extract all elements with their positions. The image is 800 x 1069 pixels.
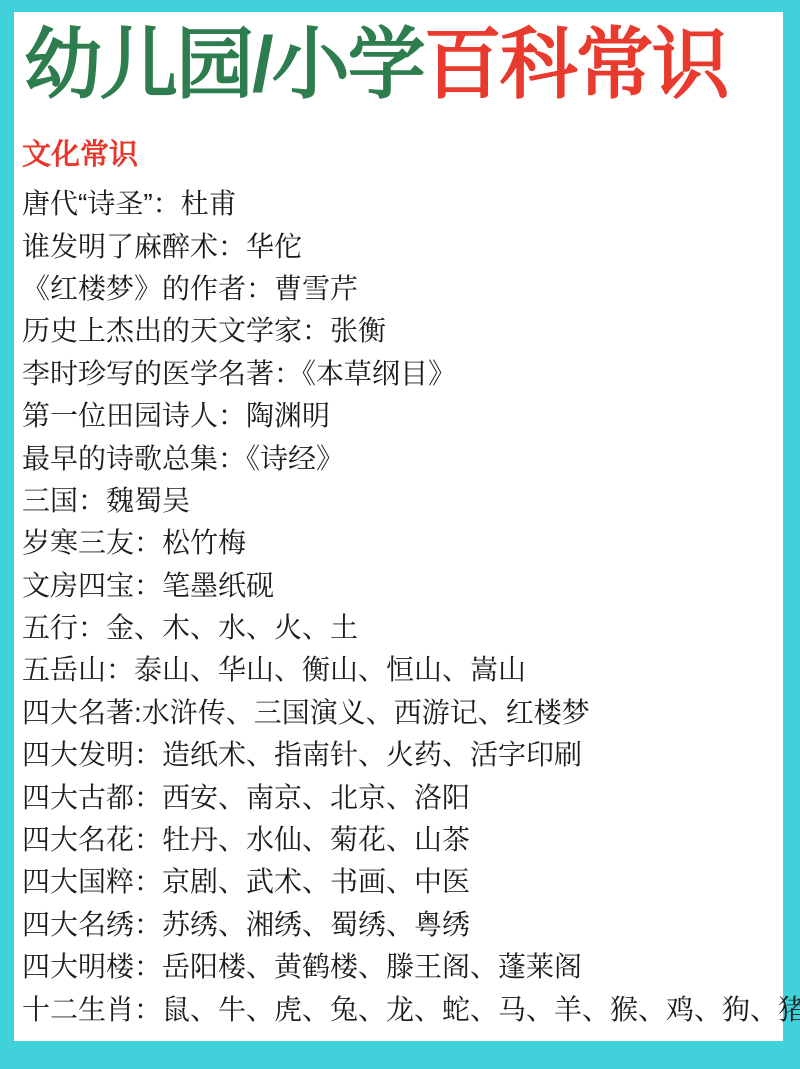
content-card: 幼儿园/小学百科常识 文化常识 唐代“诗圣”：杜甫 谁发明了麻醉术：华佗 《红楼… — [14, 12, 783, 1041]
fact-line: 岁寒三友：松竹梅 — [22, 520, 779, 562]
fact-line: 《红楼梦》的作者：曹雪芹 — [22, 266, 779, 308]
fact-line: 十二生肖：鼠、牛、虎、兔、龙、蛇、马、羊、猴、鸡、狗、猪 — [22, 986, 779, 1028]
fact-line: 四大发明：造纸术、指南针、火药、活字印刷 — [22, 732, 779, 774]
fact-line: 李时珍写的医学名著：《本草纲目》 — [22, 351, 779, 393]
fact-line: 四大名著:水浒传、三国演义、西游记、红楼梦 — [22, 690, 779, 732]
fact-line: 最早的诗歌总集：《诗经》 — [22, 435, 779, 477]
poster-title: 幼儿园/小学百科常识 — [24, 24, 728, 106]
fact-line: 唐代“诗圣”：杜甫 — [22, 181, 779, 223]
poster-page: { "page": { "border_color": "#40d1da", "… — [0, 0, 800, 1069]
fact-line: 四大古都：西安、南京、北京、洛阳 — [22, 774, 779, 816]
fact-list: 唐代“诗圣”：杜甫 谁发明了麻醉术：华佗 《红楼梦》的作者：曹雪芹 历史上杰出的… — [22, 181, 779, 1029]
fact-line: 历史上杰出的天文学家：张衡 — [22, 308, 779, 350]
section-heading: 文化常识 — [22, 132, 138, 173]
fact-line: 文房四宝：笔墨纸砚 — [22, 563, 779, 605]
title-green-segment: 幼儿园/小学 — [24, 20, 424, 108]
fact-line: 四大明楼：岳阳楼、黄鹤楼、滕王阁、蓬莱阁 — [22, 944, 779, 986]
fact-line: 谁发明了麻醉术：华佗 — [22, 223, 779, 265]
fact-line: 四大名花：牡丹、水仙、菊花、山茶 — [22, 817, 779, 859]
fact-line: 五岳山：泰山、华山、衡山、恒山、嵩山 — [22, 647, 779, 689]
fact-line: 第一位田园诗人：陶渊明 — [22, 393, 779, 435]
fact-line: 四大名绣：苏绣、湘绣、蜀绣、粤绣 — [22, 902, 779, 944]
title-red-segment: 百科常识 — [424, 20, 728, 108]
fact-line: 三国：魏蜀吴 — [22, 478, 779, 520]
fact-line: 四大国粹：京剧、武术、书画、中医 — [22, 859, 779, 901]
fact-line: 五行：金、木、水、火、土 — [22, 605, 779, 647]
